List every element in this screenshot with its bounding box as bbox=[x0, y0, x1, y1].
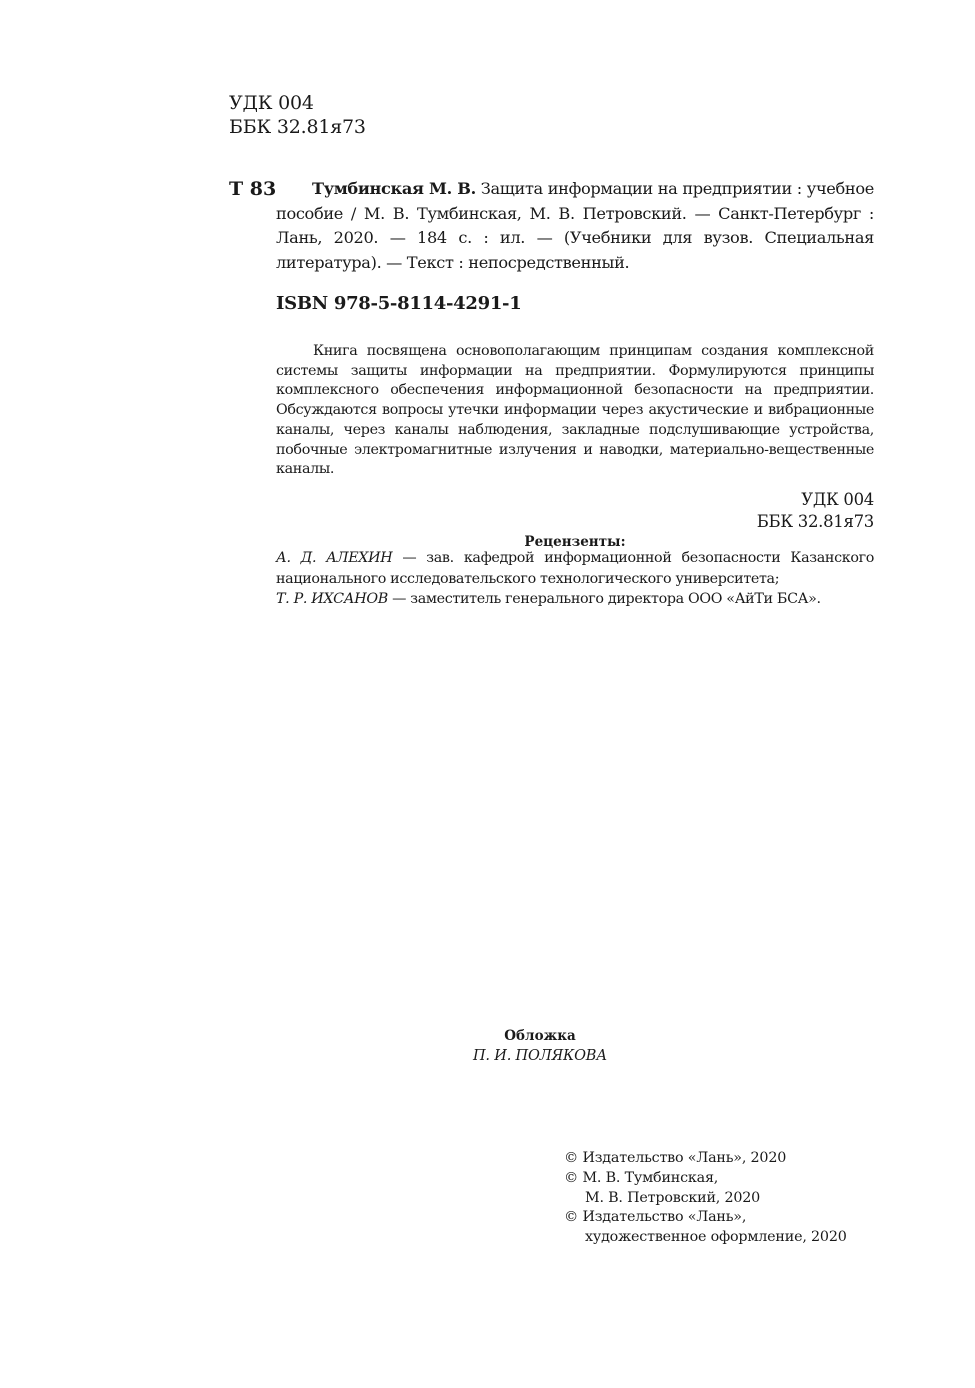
classification-codes-bottom: УДК 004 ББК 32.81я73 bbox=[757, 489, 874, 533]
annotation: Книга посвящена основополагающим принцип… bbox=[276, 342, 874, 480]
copyright-line: © М. В. Тумбинская, bbox=[564, 1169, 847, 1189]
copyright-line: © Издательство «Лань», bbox=[564, 1208, 847, 1228]
reviewer-name: Т. Р. ИХСАНОВ bbox=[276, 591, 388, 607]
copyright-line: художественное оформление, 2020 bbox=[564, 1228, 847, 1248]
copyright-line: М. В. Петровский, 2020 bbox=[564, 1189, 847, 1209]
copyright-block: © Издательство «Лань», 2020 © М. В. Тумб… bbox=[564, 1149, 847, 1248]
isbn: ISBN 978-5-8114-4291-1 bbox=[276, 292, 521, 316]
reviewer-entry: Т. Р. ИХСАНОВ — заместитель генерального… bbox=[276, 589, 874, 610]
udk-code: УДК 004 bbox=[229, 91, 366, 115]
reviewer-description: — заместитель генерального директора ООО… bbox=[388, 591, 821, 607]
reviewer-name: А. Д. АЛЕХИН bbox=[276, 550, 392, 566]
author-mark: Т 83 bbox=[229, 177, 276, 201]
bbk-code: ББК 32.81я73 bbox=[229, 115, 366, 139]
copyright-line: © Издательство «Лань», 2020 bbox=[564, 1149, 847, 1169]
cover-label: Обложка bbox=[420, 1027, 660, 1046]
record-author: Тумбинская М. В. bbox=[312, 179, 476, 198]
cover-artist: П. И. ПОЛЯКОВА bbox=[420, 1046, 660, 1066]
classification-codes-top: УДК 004 ББК 32.81я73 bbox=[229, 91, 366, 139]
reviewers-list: А. Д. АЛЕХИН — зав. кафедрой информацион… bbox=[276, 548, 874, 610]
cover-credit: Обложка П. И. ПОЛЯКОВА bbox=[420, 1027, 660, 1066]
udk-code: УДК 004 bbox=[757, 489, 874, 511]
bibliographic-record: Тумбинская М. В. Защита информации на пр… bbox=[276, 177, 874, 275]
bbk-code: ББК 32.81я73 bbox=[757, 511, 874, 533]
reviewer-entry: А. Д. АЛЕХИН — зав. кафедрой информацион… bbox=[276, 548, 874, 589]
